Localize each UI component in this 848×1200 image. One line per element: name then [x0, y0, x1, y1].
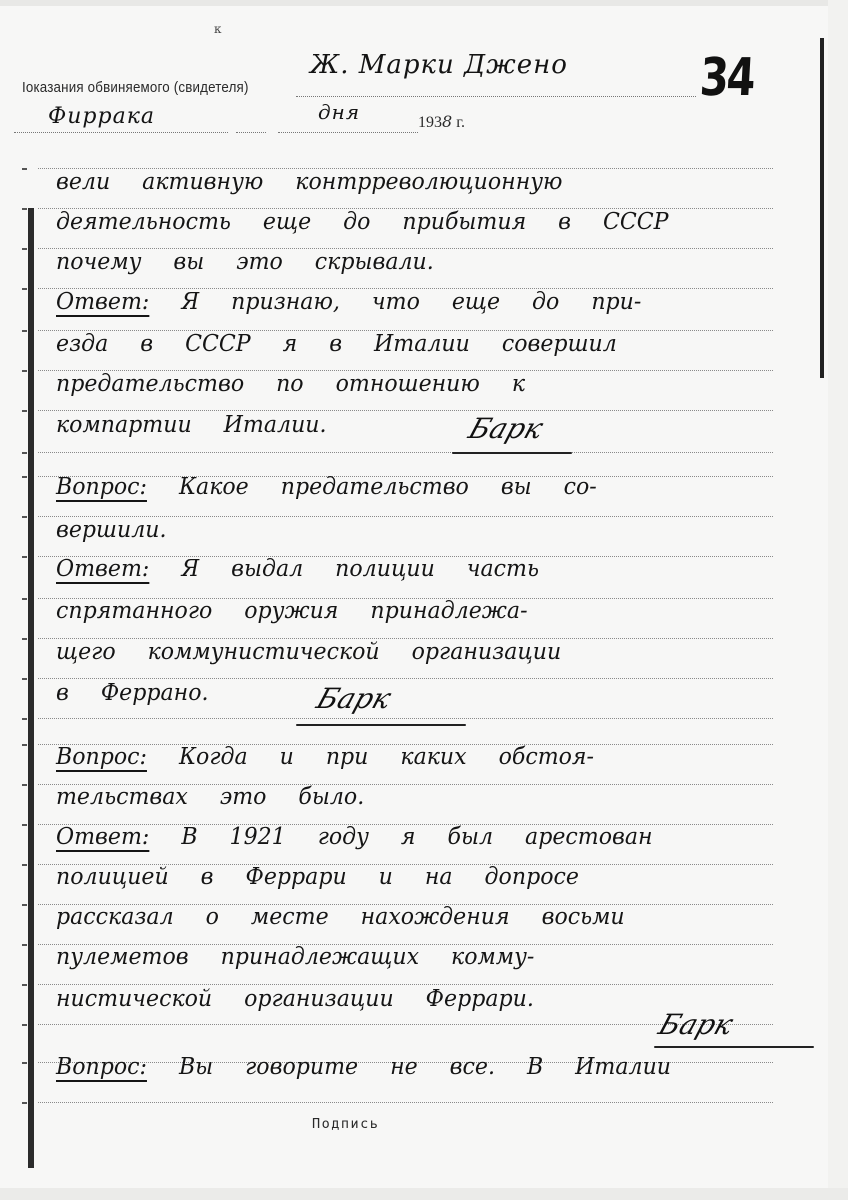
margin-tick: [22, 410, 27, 412]
left-margin-bar: [28, 208, 34, 1168]
name-field-line: [296, 96, 696, 97]
interrogation-record-page: к Іоказания обвиняемого (свидетеля) Ж. М…: [0, 0, 848, 1200]
scan-top-edge: [0, 0, 848, 6]
initials-signature: Барк: [313, 682, 396, 715]
line-text: в Феррано.: [56, 680, 209, 706]
margin-tick: [22, 1062, 27, 1064]
margin-tick: [22, 864, 27, 866]
line-text: почему вы это скрывали.: [56, 249, 434, 275]
text-line: полицией в Феррари и на допросе: [56, 864, 579, 890]
text-line: почему вы это скрывали.: [56, 249, 434, 275]
margin-tick: [22, 330, 27, 332]
question-label: Вопрос:: [56, 1054, 147, 1080]
text-line: тельствах это было.: [56, 784, 364, 810]
line-text: тельствах это было.: [56, 784, 364, 810]
qa-line-labeled: Ответ: В 1921 году я был арестован: [56, 824, 653, 850]
margin-tick: [22, 784, 27, 786]
text-line: пулеметов принадлежащих комму-: [56, 944, 534, 970]
initials-signature: Барк: [655, 1008, 738, 1041]
text-line: вели активную контрреволюционную: [56, 169, 563, 195]
margin-tick: [22, 744, 27, 746]
ruled-line: [38, 1102, 773, 1103]
page-number: 34: [698, 48, 754, 108]
qa-line-labeled: Вопрос: Вы говорите не все. В Италии: [56, 1054, 671, 1080]
ruled-line: [38, 984, 773, 985]
line-text: Когда и при каких обстоя-: [179, 744, 594, 770]
line-text: Какое предательство вы со-: [179, 474, 597, 500]
signature-flourish: [452, 452, 572, 454]
signature-label: Подпись: [312, 1116, 379, 1132]
qa-line-labeled: Ответ: Я признаю, что еще до при-: [56, 289, 641, 315]
line-text: деятельность еще до прибытия в СССР: [56, 209, 669, 235]
line-text: вели активную контрреволюционную: [56, 169, 563, 195]
margin-tick: [22, 516, 27, 518]
place-field-line: [14, 132, 228, 133]
margin-tick: [22, 476, 27, 478]
margin-tick: [22, 168, 27, 170]
qa-line-labeled: Ответ: Я выдал полиции часть: [56, 556, 539, 582]
line-text: предательство по отношению к: [56, 371, 525, 397]
margin-tick: [22, 556, 27, 558]
margin-tick: [22, 824, 27, 826]
margin-tick: [22, 208, 27, 210]
line-text: В 1921 году я был арестован: [181, 824, 652, 850]
qa-line-labeled: Вопрос: Когда и при каких обстоя-: [56, 744, 594, 770]
ruled-line: [38, 718, 773, 719]
margin-tick: [22, 248, 27, 250]
margin-tick: [22, 718, 27, 720]
line-text: щего коммунистической организации: [56, 639, 561, 665]
right-border-line: [820, 38, 824, 378]
text-line: вершили.: [56, 517, 166, 543]
signature-flourish: [296, 724, 466, 726]
line-text: спрятанного оружия принадлежа-: [56, 598, 528, 624]
text-line: в Феррано.: [56, 680, 209, 706]
text-line: щего коммунистической организации: [56, 639, 561, 665]
handwritten-place: Фиррака: [48, 104, 155, 129]
ruled-line: [38, 678, 773, 679]
line-text: полицией в Феррари и на допросе: [56, 864, 579, 890]
margin-tick: [22, 1024, 27, 1026]
form-label: Іоказания обвиняемого (свидетеля): [22, 80, 249, 96]
margin-tick: [22, 288, 27, 290]
margin-tick: [22, 984, 27, 986]
qa-line-labeled: Вопрос: Какое предательство вы со-: [56, 474, 597, 500]
line-text: Вы говорите не все. В Италии: [179, 1054, 671, 1080]
ruled-line: [38, 410, 773, 411]
margin-tick: [22, 678, 27, 680]
handwritten-name: Ж. Марки Джено: [310, 50, 568, 80]
text-line: спрятанного оружия принадлежа-: [56, 598, 528, 624]
question-label: Вопрос:: [56, 744, 147, 770]
answer-label: Ответ:: [56, 289, 149, 315]
corner-mark: к: [214, 22, 222, 36]
text-line: нистической организации Феррари.: [56, 986, 534, 1012]
line-text: пулеметов принадлежащих комму-: [56, 944, 534, 970]
line-text: рассказал о месте нахождения восьми: [56, 904, 625, 930]
text-line: предательство по отношению к: [56, 371, 525, 397]
text-line: компартии Италии.: [56, 412, 327, 438]
signature-flourish: [654, 1046, 814, 1048]
question-label: Вопрос:: [56, 474, 147, 500]
line-text: Я выдал полиции часть: [181, 556, 539, 582]
margin-tick: [22, 370, 27, 372]
answer-label: Ответ:: [56, 556, 149, 582]
line-text: Я признаю, что еще до при-: [181, 289, 641, 315]
initials-signature: Барк: [465, 412, 548, 445]
line-text: нистической организации Феррари.: [56, 986, 534, 1012]
text-line: езда в СССР я в Италии совершил: [56, 331, 617, 357]
day-field-line: [236, 132, 266, 133]
line-text: езда в СССР я в Италии совершил: [56, 331, 617, 357]
line-text: компартии Италии.: [56, 412, 327, 438]
margin-tick: [22, 944, 27, 946]
handwritten-month: дня: [318, 100, 360, 124]
month-field-line: [278, 132, 418, 133]
margin-tick: [22, 452, 27, 454]
margin-tick: [22, 638, 27, 640]
scan-right-edge: [828, 0, 848, 1200]
text-line: рассказал о месте нахождения восьми: [56, 904, 625, 930]
answer-label: Ответ:: [56, 824, 149, 850]
ruled-line: [38, 452, 773, 453]
margin-tick: [22, 1102, 27, 1104]
year-field: 1938 г.: [418, 112, 465, 132]
line-text: вершили.: [56, 517, 166, 543]
margin-tick: [22, 904, 27, 906]
text-line: деятельность еще до прибытия в СССР: [56, 209, 669, 235]
margin-tick: [22, 598, 27, 600]
scan-bottom-edge: [0, 1188, 848, 1200]
